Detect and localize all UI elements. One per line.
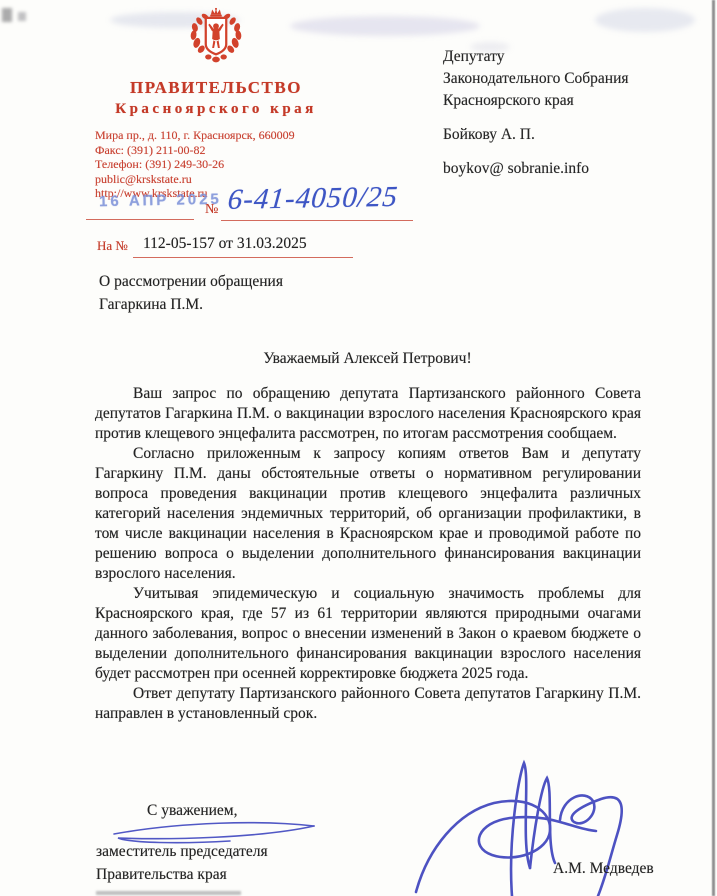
signer-position-line1: заместитель председателя [96,840,268,863]
reply-to-number: 112-05-157 от 31.03.2025 [143,235,307,253]
recipient-title-line3: Красноярского края [443,90,693,112]
fax-line: Факс: (391) 211-00-82 [95,143,395,158]
reply-rule [133,257,353,258]
number-sign-label: № [205,202,218,218]
recipient-name: Бойкову А. П. [443,124,693,146]
coat-of-arms-emblem [184,6,248,72]
postal-address: Мира пр., д. 110, г. Красноярск, 660009 [95,128,395,143]
number-rule [221,220,413,221]
body-paragraph: Ваш запрос по обращению депутата Партиза… [95,384,641,444]
subject-block: О рассмотрении обращения Гагаркина П.М. [99,271,283,316]
scan-edge-line [712,0,715,896]
body-paragraph: Согласно приложенным к запросу копиям от… [95,444,641,584]
date-stamp: 16 АПР 2025 [99,191,222,211]
scan-corner-mark [2,8,12,22]
body-paragraph: Учитывая эпидемическую и социальную знач… [95,584,641,684]
spacer [443,146,693,158]
letterhead: ПРАВИТЕЛЬСТВО Красноярского края [90,6,342,118]
recipient-email: boykov@ sobranie.info [443,158,693,180]
recipient-block: Депутату Законодательного Собрания Красн… [443,46,693,180]
signer-position-line2: Правительства края [96,863,268,886]
body-paragraph: Ответ депутату Партизанского районного С… [95,684,641,724]
phone-line: Телефон: (391) 249-30-26 [95,157,395,172]
scan-corner-mark [18,12,26,21]
recipient-title-line2: Законодательного Собрания [443,68,693,90]
subject-line2: Гагаркина П.М. [99,294,283,317]
org-name-line2: Красноярского края [90,101,342,118]
salutation: Уважаемый Алексей Петрович! [95,350,640,368]
signer-position: заместитель председателя Правительства к… [96,840,268,886]
cutoff-text-line [96,891,241,895]
reply-to-label: На № [97,238,128,254]
subject-line1: О рассмотрении обращения [99,271,283,294]
spacer [443,112,693,124]
scanned-letter-page: ПРАВИТЕЛЬСТВО Красноярского края Мира пр… [0,0,717,896]
handwritten-outgoing-number: 6-41-4050/25 [226,180,439,217]
org-name-line1: ПРАВИТЕЛЬСТВО [90,78,342,98]
scan-smudge [595,8,695,32]
signer-name: А.М. Медведев [553,860,654,878]
letter-body: Ваш запрос по обращению депутата Партиза… [95,384,641,724]
recipient-title-line1: Депутату [443,46,693,68]
blank-rule [86,219,194,220]
